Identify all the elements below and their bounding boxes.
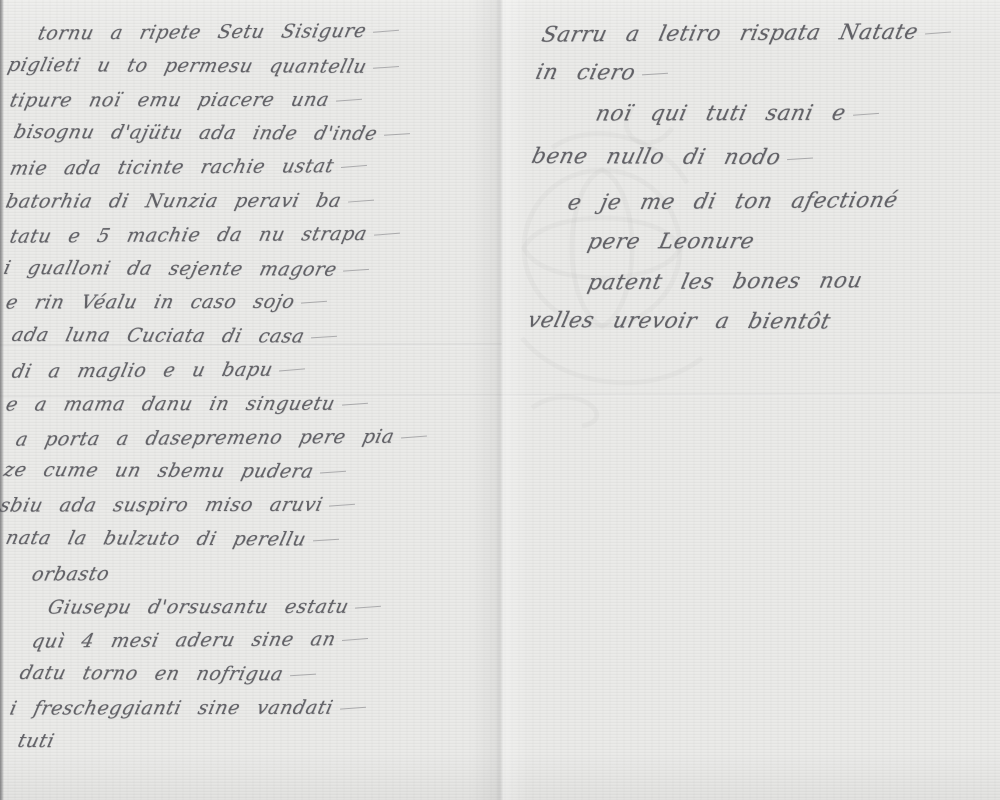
handwritten-line: velles urevoir a bientôt [528,301,951,343]
letter-page-right: Sarru a letiro rispata Natate in ciero n… [500,0,1000,800]
handwritten-line: in ciero [536,53,951,95]
handwritten-line: e a mama danu in singuetu [6,387,427,422]
handwritten-line: orbasto [32,555,427,592]
handwritten-line: pere Leonure [588,222,951,263]
handwritten-line: piglieti u to permesu quantellu [8,49,427,85]
handwritten-line: e rin Véalu in caso sojo [6,286,427,321]
letter-page-left: tornu a ripete Setu Sisigure piglieti u … [0,0,500,800]
handwritten-line: datu torno en nofrigua [20,657,427,693]
handwritten-line: ada luna Cuciata di casa [12,319,427,355]
handwritten-line: bisognu d'ajütu ada inde d'inde [14,116,427,152]
handwritten-line: i gualloni da sejente magore [4,251,427,287]
handwritten-line: tuti [18,725,427,761]
handwritten-line: mie ada ticinte rachie ustat [10,150,427,187]
handwritten-line: tatu e 5 machie da nu strapa [10,217,427,254]
handwritten-line: tipure noï emu piacere una [10,83,427,118]
handwriting-block: tornu a ripete Setu Sisigure piglieti u … [30,16,427,760]
handwritten-line: nata la bulzuto di perellu [6,522,427,558]
handwritten-line: quì 4 mesi aderu sine an [32,623,427,660]
handwritten-line: Giusepu d'orsusantu estatu [48,590,427,625]
handwritten-line: patent les bones nou [588,261,951,304]
handwritten-line: di a maglio e u bapu [12,352,427,389]
handwritten-line: sbiu ada suspiro miso aruvi [0,489,427,524]
handwriting-block: Sarru a letiro rispata Natate in ciero n… [536,14,951,342]
handwritten-line: e je me di ton afectioné [568,180,951,223]
handwritten-line: a porta a dasepremeno pere pia [16,420,427,457]
handwritten-line: Sarru a letiro rispata Natate [542,12,951,55]
letter-scan: tornu a ripete Setu Sisigure piglieti u … [0,0,1000,800]
handwritten-line: batorhia di Nunzia peravi ba [6,184,427,219]
handwritten-line: bene nullo di nodo [532,137,951,179]
handwritten-line: tornu a ripete Setu Sisigure [38,14,427,51]
handwritten-line: noï qui tuti sani e [596,94,951,135]
handwritten-line: i frescheggianti sine vandati [10,691,427,726]
handwritten-line: ze cume un sbemu pudera [4,454,427,490]
